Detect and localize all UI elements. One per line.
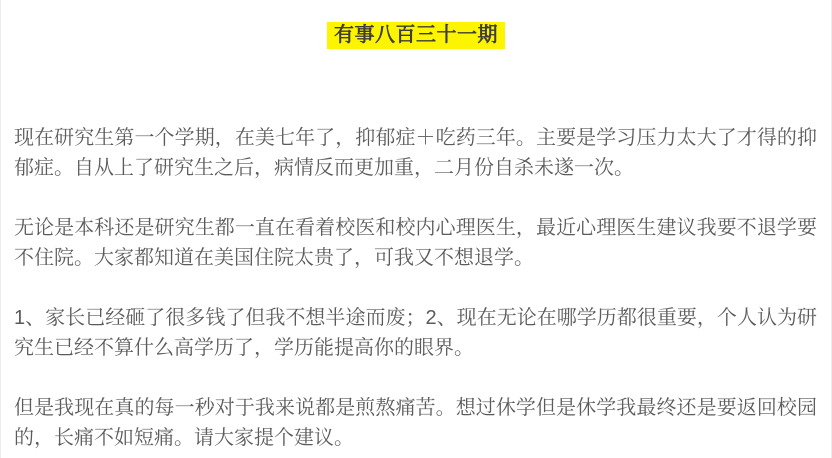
article-paragraph: 无论是本科还是研究生都一直在看着校医和校内心理医生，最近心理医生建议我要不退学要… (14, 213, 817, 273)
article-title-row: 有事八百三十一期 (1, 0, 831, 49)
article-paragraph: 1、家长已经砸了很多钱了但我不想半途而废；2、现在无论在哪学历都很重要，个人认为… (14, 303, 817, 363)
article-paragraph: 但是我现在真的每一秒对于我来说都是煎熬痛苦。想过休学但是休学我最终还是要返回校园… (14, 393, 817, 453)
article-body: 现在研究生第一个学期，在美七年了，抑郁症＋吃药三年。主要是学习压力太大了才得的抑… (1, 123, 831, 453)
article-page: 有事八百三十一期 现在研究生第一个学期，在美七年了，抑郁症＋吃药三年。主要是学习… (0, 0, 832, 458)
article-title: 有事八百三十一期 (327, 22, 505, 49)
article-paragraph: 现在研究生第一个学期，在美七年了，抑郁症＋吃药三年。主要是学习压力太大了才得的抑… (14, 123, 817, 183)
